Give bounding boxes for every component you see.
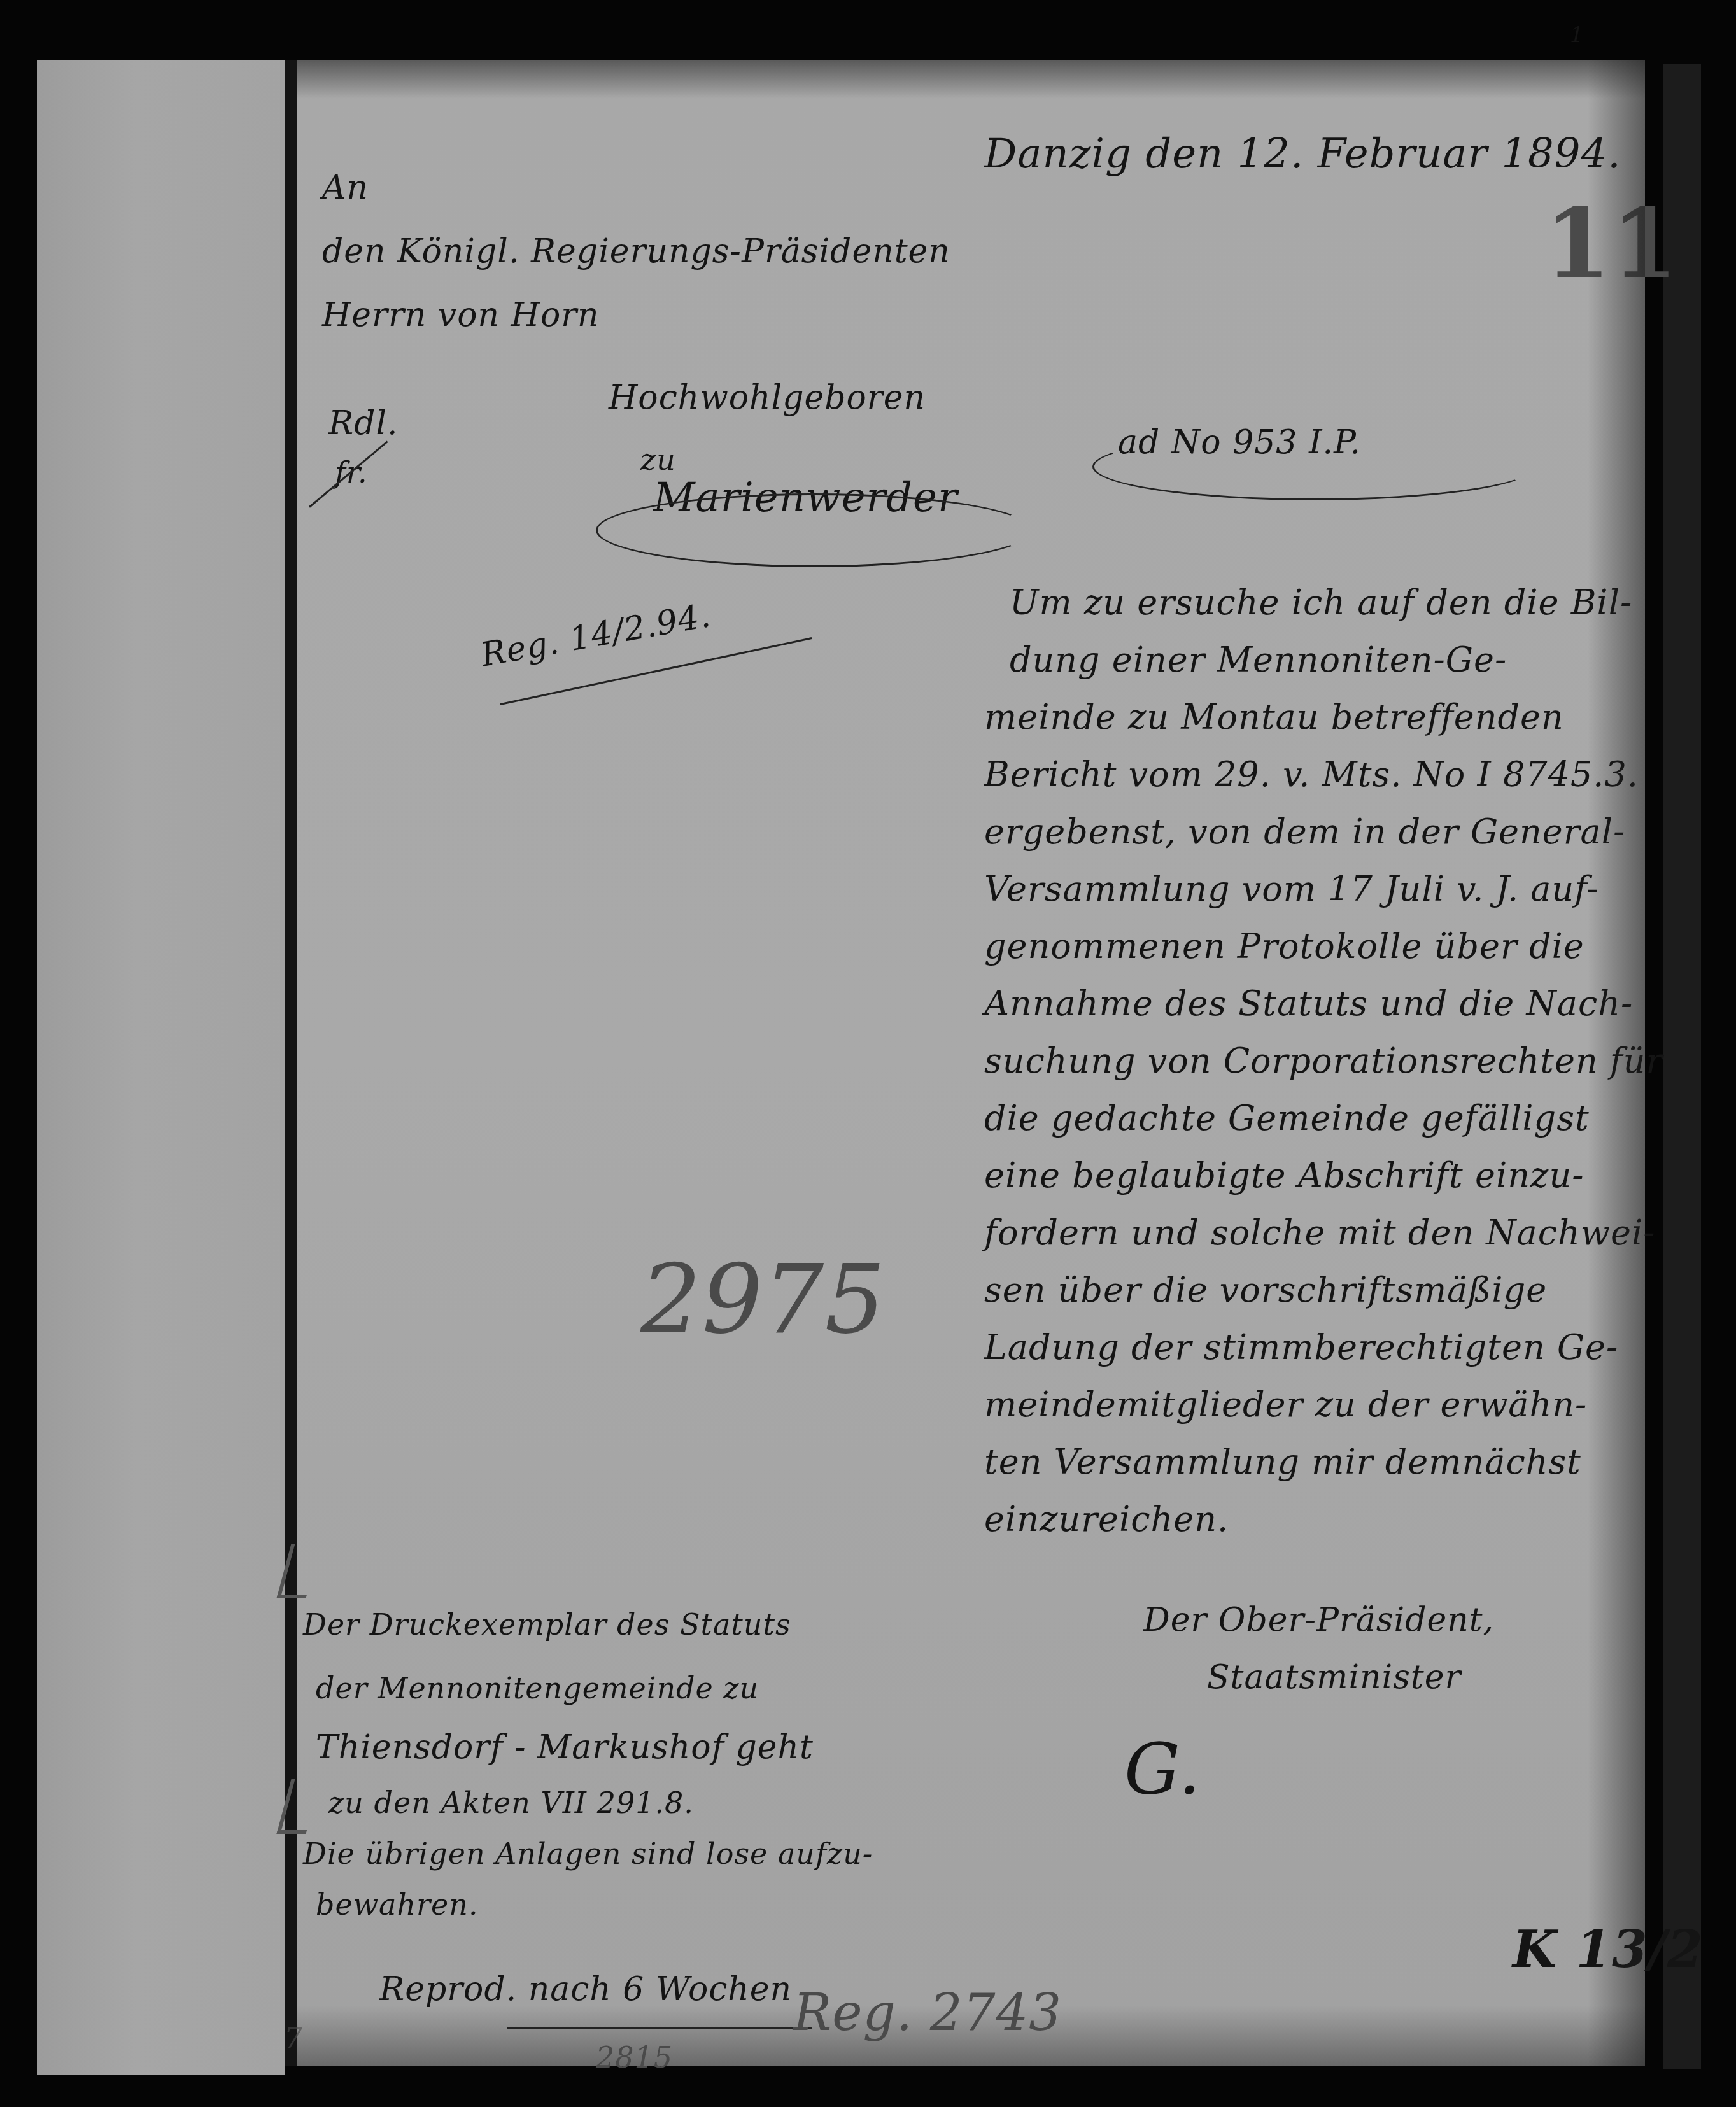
body-line: eine beglaubigte Abschrift einzu-: [984, 1155, 1584, 1195]
signature-initial: G.: [1124, 1728, 1201, 1810]
body-line: meindemitglieder zu der erwähn-: [984, 1385, 1587, 1425]
binding-spine: [285, 60, 297, 2066]
margin-instruction: Thiensdorf - Markushof geht: [316, 1728, 814, 1766]
addressee-zu: zu: [640, 442, 676, 477]
folio-number: 1: [1570, 22, 1584, 48]
margin-note-rdl: Rdl.: [328, 404, 399, 442]
body-line: einzureichen.: [984, 1499, 1229, 1539]
body-line: fordern und solche mit den Nachwei-: [984, 1213, 1656, 1253]
addressee-honorific: Hochwohlgeboren: [609, 379, 926, 417]
margin-instruction: Der Druckexemplar des Statuts: [303, 1607, 791, 1642]
crossed-number: 2815: [596, 2040, 673, 2075]
margin-instruction: zu den Akten VII 291.8.: [328, 1786, 694, 1820]
city-flourish: [596, 493, 1033, 567]
right-page-stack: [1663, 64, 1701, 2069]
body-line: Versammlung vom 17 Juli v. J. auf-: [984, 869, 1599, 909]
body-line: ten Versammlung mir demnächst: [984, 1442, 1581, 1482]
faint-mark: 7: [284, 2021, 303, 2055]
pencil-note-bottom: Reg. 2743: [793, 1983, 1062, 2042]
margin-instruction: bewahren.: [316, 1887, 479, 1922]
reproduce-note: Reprod. nach 6 Wochen: [379, 1970, 792, 2008]
addressee-title: den Königl. Regierungs-Präsidenten: [322, 232, 950, 271]
initials-bottom-right: K 13/2: [1513, 1919, 1704, 1979]
body-line: Ladung der stimmberechtigten Ge-: [984, 1327, 1618, 1367]
body-line: die gedachte Gemeinde gefälligst: [984, 1098, 1590, 1138]
body-line: ergebenst, von dem in der General-: [984, 812, 1625, 852]
crossed-number-strike: [507, 2027, 812, 2029]
signature-title-2: Staatsminister: [1207, 1658, 1461, 1696]
body-line: Um zu ersuche ich auf den die Bil-: [1010, 582, 1632, 623]
addressee-an: An: [322, 169, 369, 207]
body-line: meinde zu Montau betreffenden: [984, 697, 1564, 737]
body-line: Annahme des Statuts und die Nach-: [984, 983, 1633, 1024]
margin-note-stroke: [309, 441, 388, 508]
reference-flourish: [1092, 433, 1535, 500]
place-date: Danzig den 12. Februar 1894.: [984, 130, 1621, 178]
body-line: genommenen Protokolle über die: [984, 926, 1584, 966]
body-line: sen über die vorschriftsmäßige: [984, 1270, 1547, 1310]
signature-title-1: Der Ober-Präsident,: [1143, 1601, 1494, 1639]
body-line: Bericht vom 29. v. Mts. No I 8745.3.: [984, 754, 1639, 794]
receipt-stamp: Reg. 14/2.94.: [478, 596, 714, 675]
addressee-name: Herrn von Horn: [322, 296, 600, 334]
pencil-register-number: 2975: [640, 1244, 886, 1355]
margin-instruction: Die übrigen Anlagen sind lose aufzu-: [303, 1836, 873, 1871]
body-line: suchung von Corporationsrechten für: [984, 1041, 1663, 1081]
body-line: dung einer Mennoniten-Ge-: [1010, 640, 1507, 680]
pencil-folio-mark: 11: [1544, 188, 1679, 300]
document-page: 1 Danzig den 12. Februar 1894. 11 An den…: [297, 60, 1645, 2066]
margin-instruction: der Mennonitengemeinde zu: [316, 1671, 759, 1705]
left-page-edge: [37, 60, 285, 2075]
